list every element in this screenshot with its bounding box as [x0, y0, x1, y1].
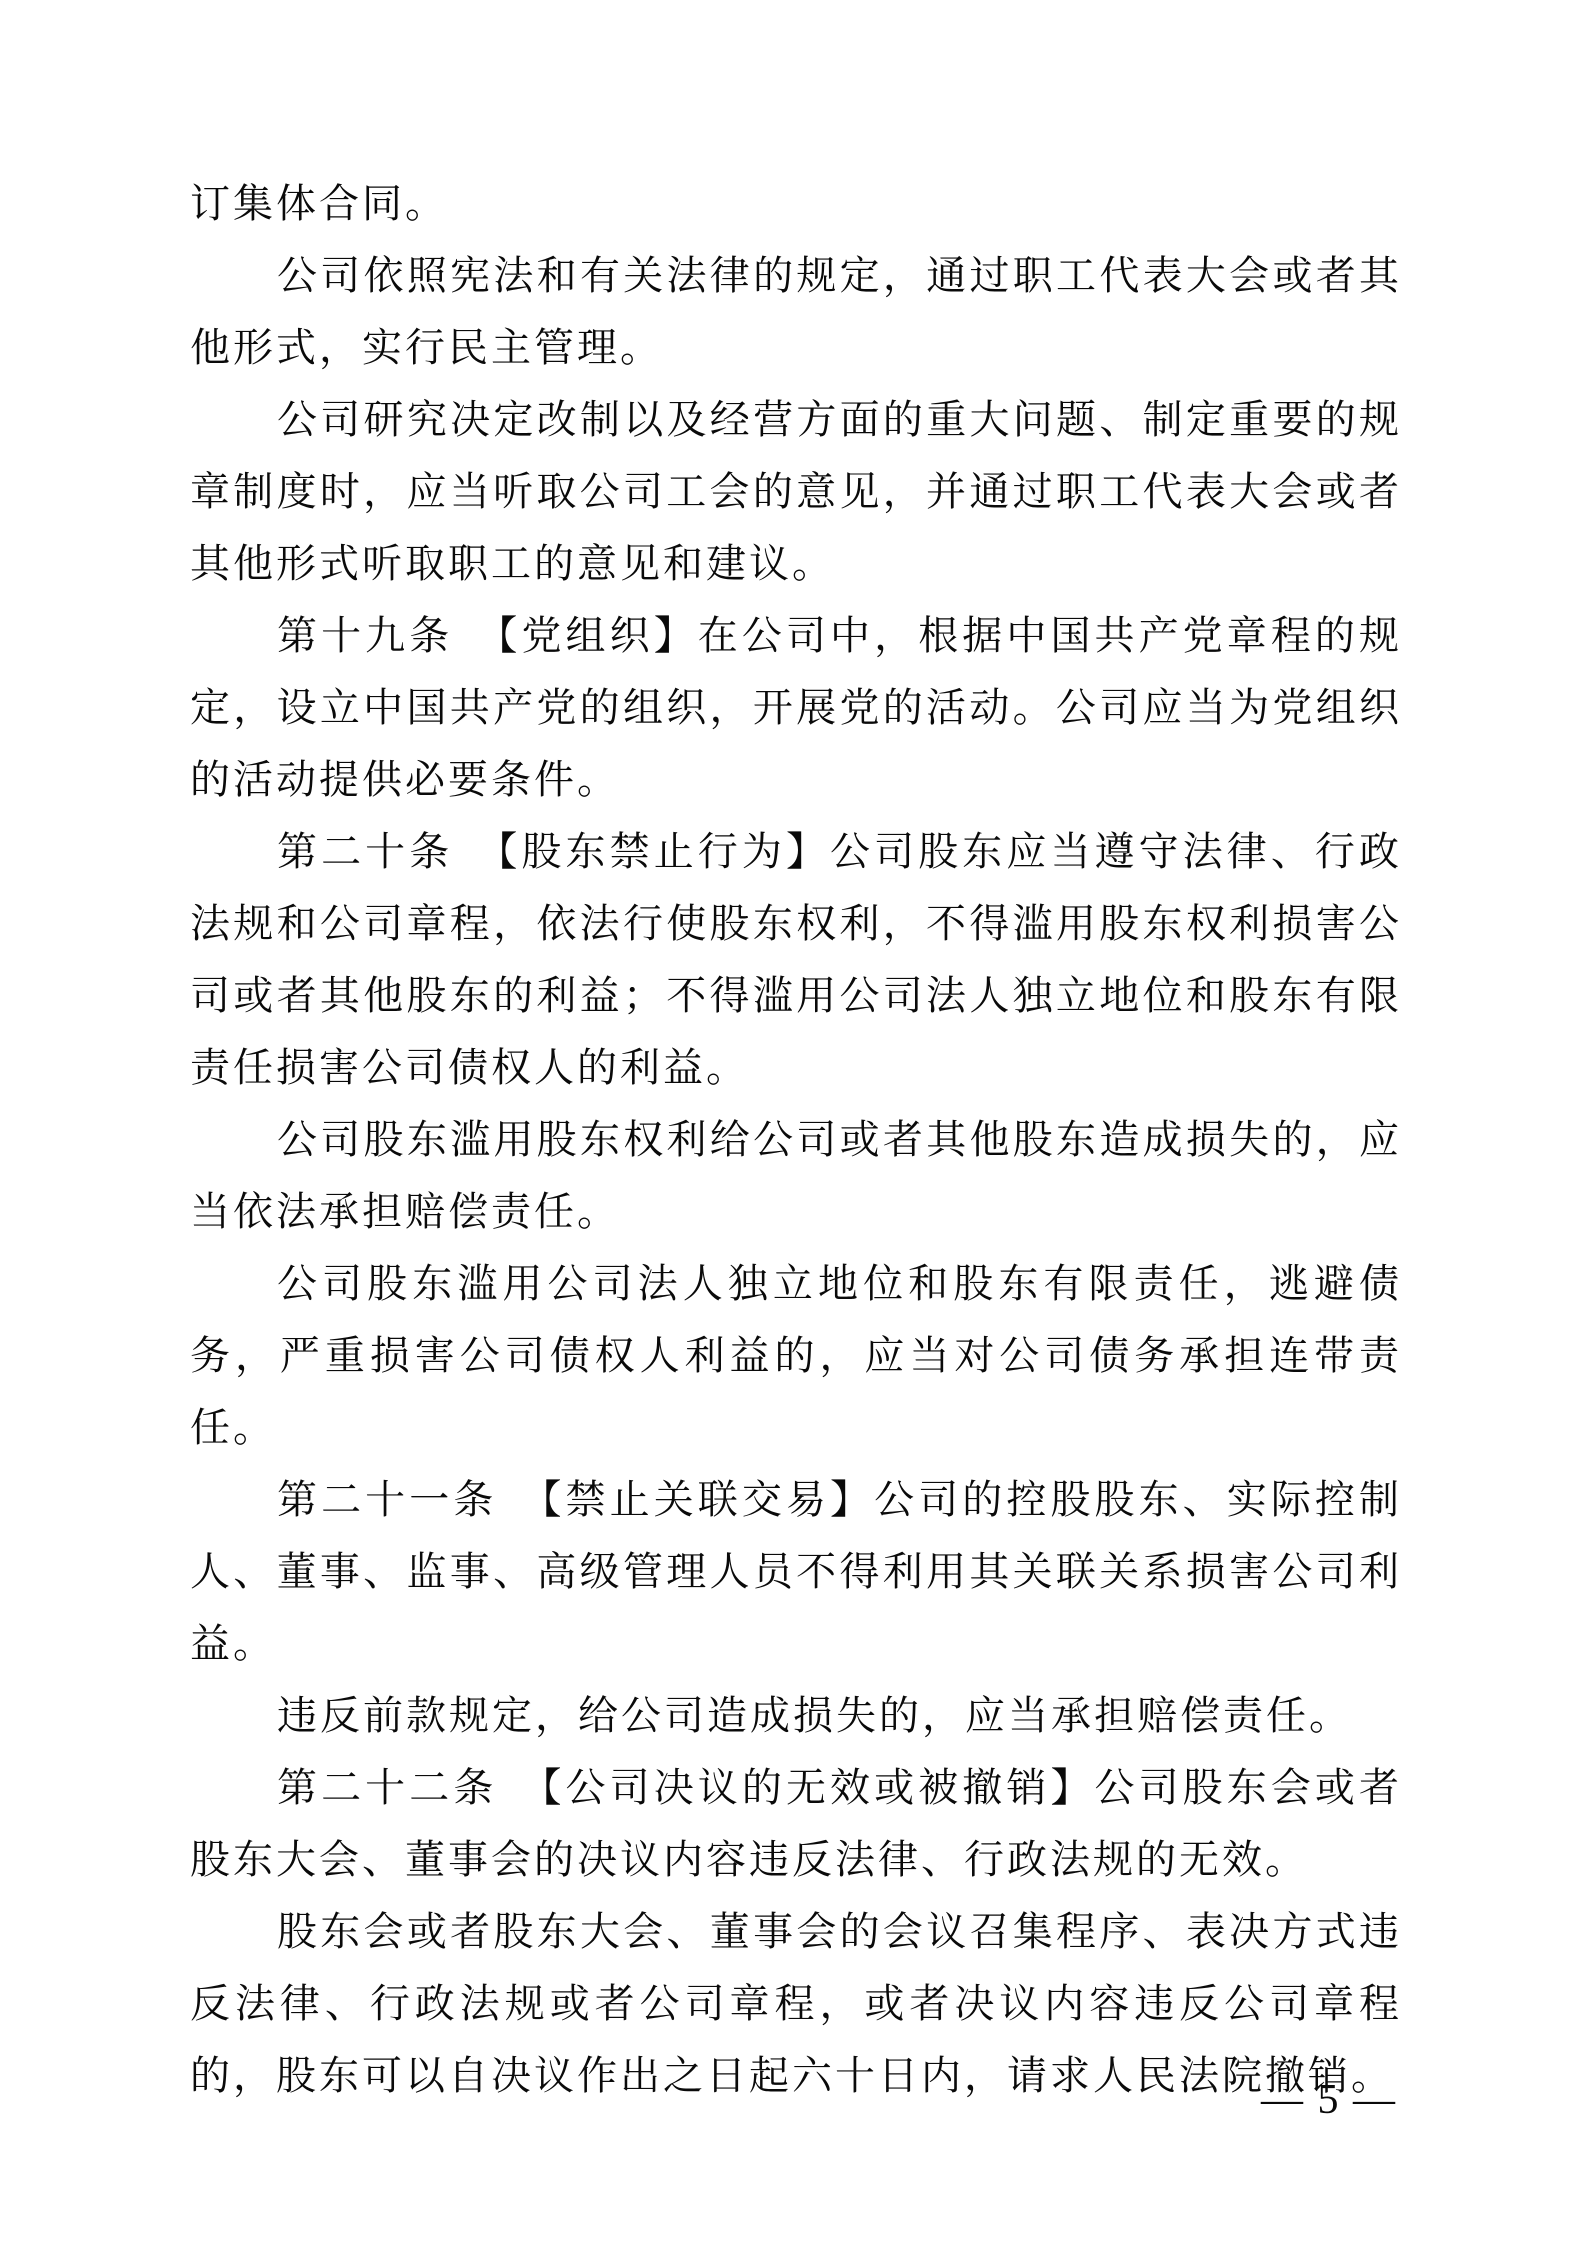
paragraph-revocation: 股东会或者股东大会、董事会的会议召集程序、表决方式违反法律、行政法规或者公司章程…: [190, 1896, 1402, 2112]
paragraph-article-20: 第二十条 【股东禁止行为】公司股东应当遵守法律、行政法规和公司章程，依法行使股东…: [190, 816, 1402, 1104]
document-page: 订集体合同。 公司依照宪法和有关法律的规定，通过职工代表大会或者其他形式，实行民…: [0, 0, 1587, 2245]
page-number: — 5 —: [1261, 2078, 1397, 2122]
paragraph-union-opinions: 公司研究决定改制以及经营方面的重大问题、制定重要的规章制度时，应当听取公司工会的…: [190, 384, 1402, 600]
paragraph-article-21: 第二十一条 【禁止关联交易】公司的控股股东、实际控制人、董事、监事、高级管理人员…: [190, 1464, 1402, 1680]
paragraph-article-22: 第二十二条 【公司决议的无效或被撤销】公司股东会或者股东大会、董事会的决议内容违…: [190, 1752, 1402, 1896]
paragraph-article-19: 第十九条 【党组织】在公司中，根据中国共产党章程的规定，设立中国共产党的组织，开…: [190, 600, 1402, 816]
paragraph-continuation: 订集体合同。: [190, 168, 1402, 240]
paragraph-shareholder-liability-2: 公司股东滥用公司法人独立地位和股东有限责任，逃避债务，严重损害公司债权人利益的，…: [190, 1248, 1402, 1464]
paragraph-democratic-management: 公司依照宪法和有关法律的规定，通过职工代表大会或者其他形式，实行民主管理。: [190, 240, 1402, 384]
paragraph-compensation: 违反前款规定，给公司造成损失的，应当承担赔偿责任。: [190, 1680, 1402, 1752]
paragraph-shareholder-liability-1: 公司股东滥用股东权利给公司或者其他股东造成损失的，应当依法承担赔偿责任。: [190, 1104, 1402, 1248]
document-body: 订集体合同。 公司依照宪法和有关法律的规定，通过职工代表大会或者其他形式，实行民…: [190, 168, 1402, 2112]
